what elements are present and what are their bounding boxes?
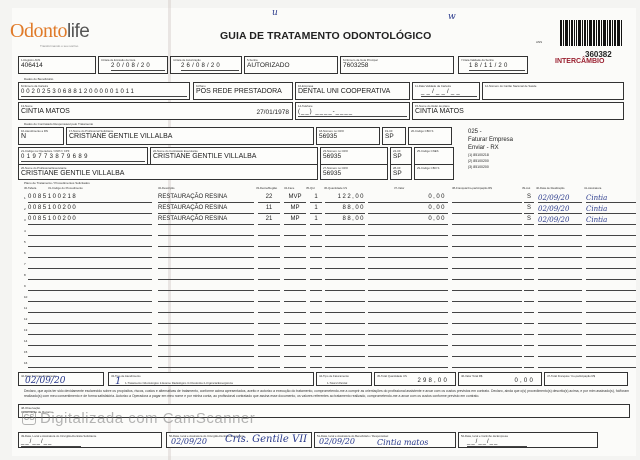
table-row-empty: 6 xyxy=(24,248,636,259)
codigo-operadora-field: 21-Código na Operadora / CNPJ / CPF01977… xyxy=(18,147,148,165)
table-row-empty: 5 xyxy=(24,237,636,248)
odontolife-logo: Odontolife xyxy=(10,20,89,43)
executante-signature: Cris. Gentile VII xyxy=(225,434,307,445)
table-header: 30-Tabela 31-Código do Procedimento 32-D… xyxy=(24,186,636,192)
data-emissao-field: 3-Data de Emissão da Guia20/08/20 xyxy=(98,56,168,74)
cro-profissional-field: 27-Número no CRO56935 xyxy=(320,164,388,180)
data-autorizacao-field: 4-Data de Autorização26/08/20 xyxy=(170,56,242,74)
procedures-table: 30-Tabela 31-Código do Procedimento 32-D… xyxy=(24,186,636,376)
table-row-empty: 16 xyxy=(24,358,636,369)
numero-carteira-field: 8-Número da Carteira00202530688120000010… xyxy=(18,82,190,100)
cbo-solicitante-field: 20-Código CBO S xyxy=(408,127,452,145)
telefone-field: 14-Telefone(__) ____-____ xyxy=(295,102,410,120)
table-row: 3 0085100200 RESTAURAÇÃO RESINA 21 MP 1 … xyxy=(24,215,636,226)
table-row-empty: 13 xyxy=(24,325,636,336)
carimbo-empresa-field: 52-Data, local e Carimbo da Empresa __/_… xyxy=(458,432,598,448)
table-row-empty: 14 xyxy=(24,336,636,347)
section-procedimentos: Plano de Tratamento / Procedimentos Soli… xyxy=(24,181,90,185)
table-row-empty: 9 xyxy=(24,281,636,292)
tipo-faturamento-field: 44-Tipo de Faturamento 1-Total 2-Parcial xyxy=(316,372,372,386)
contratado-executante-field: 22-Nome do Contratado ExecutanteCRISTIAN… xyxy=(150,147,318,165)
billing-mode: Faturar Empresa xyxy=(468,136,548,144)
ans-label: ANS xyxy=(536,40,542,44)
uf-executante-field: 24-UFSP xyxy=(390,147,412,165)
cnes-field: 25-Código CNES xyxy=(414,147,454,165)
document-title: GUIA DE TRATAMENTO ODONTOLÓGICO xyxy=(220,30,431,42)
assinatura-executante-field: 50-Data, local e Assinatura do Cirurgião… xyxy=(166,432,312,448)
declaration-text: Declaro, que após ter sido devidamente e… xyxy=(24,389,630,398)
cbo-profissional-field: 29-Código CBO S xyxy=(414,164,454,180)
barcode xyxy=(560,20,626,46)
registro-ans-field: 1-Registro ANS406414 xyxy=(18,56,96,74)
table-row-empty: 8 xyxy=(24,270,636,281)
total-franquia-field: 47-Total Franquia / Co-participação R$ xyxy=(544,372,628,386)
table-row-empty: 10 xyxy=(24,292,636,303)
empresa-field: 10-EmpresaDENTAL UNI COOPERATIVA xyxy=(295,82,410,100)
send-mode: Enviar - RX xyxy=(468,144,548,152)
table-row-empty: 15 xyxy=(24,347,636,358)
logo-tagline: Transformando o seu sorriso xyxy=(40,44,78,48)
uf-profissional-field: 28-UFSP xyxy=(390,164,412,180)
handwritten-mark: u xyxy=(272,8,278,18)
cartao-nacional-saude-field: 12-Número do Cartão Nacional de Saúde xyxy=(482,82,624,100)
section-beneficiario: Dados do Beneficiário xyxy=(24,77,53,81)
data-nascimento: 27/01/1978 xyxy=(256,109,289,117)
billing-info: 025 - Faturar Empresa Enviar - RX (1) 85… xyxy=(468,128,548,170)
titular-plano-field: 15-Nome do titular do planoCINTIA MATOS xyxy=(412,102,624,120)
data-termino-field: 42-Data Término Tratamento 02/09/20 xyxy=(18,372,104,386)
validade-senha-field: 7-Data Validade da Senha18/11/20 xyxy=(458,56,528,74)
exchange-label: INTERCÂMBIO xyxy=(555,58,604,65)
nome-field: 13-NomeCINTIA MATOS 27/01/1978 xyxy=(18,102,293,120)
assinatura-solicitante-field: 49-Data, Local e Assinatura do Cirurgião… xyxy=(18,432,162,448)
table-row: 2 0085100200 RESTAURAÇÃO RESINA 11 MP 1 … xyxy=(24,204,636,215)
uf-solicitante-field: 19-UFSP xyxy=(382,127,406,145)
profissional-solicitante-field: 17-Nome do Profissional SolicitanteCRIST… xyxy=(66,127,314,145)
guia-principal-field: 6-Número da Guia Principal7603258 xyxy=(340,56,454,74)
cro-solicitante-field: 18-Número no CRO56935 xyxy=(316,127,380,145)
plano-field: 9-PlanoPOS REDE PRESTADORA xyxy=(193,82,293,100)
table-row-empty: 12 xyxy=(24,314,636,325)
assinatura-beneficiario-field: 51-Data, local e Assinatura do Beneficiá… xyxy=(314,432,456,448)
total-quantidade-us-field: 45-Total Quantidade US 298,00 xyxy=(374,372,456,386)
handwritten-mark: w xyxy=(448,12,456,22)
table-row: 1 0085100218 RESTAURAÇÃO RESINA 22 MVP 1… xyxy=(24,193,636,204)
camscanner-icon: CS xyxy=(22,411,36,425)
table-row-empty: 11 xyxy=(24,303,636,314)
atendimento-rn-field: 16-Atendimento a RNN xyxy=(18,127,64,145)
table-row-empty: 7 xyxy=(24,259,636,270)
beneficiario-signature: Cintia matos xyxy=(377,438,428,447)
validade-carteira-field: 11-Data Validade da Carteira__/__/__ xyxy=(412,82,480,100)
cro-executante-field: 23-Número no CRO56935 xyxy=(320,147,388,165)
valor-total-field: 46-Valor Total R$ 0,00 xyxy=(458,372,542,386)
scanner-watermark: Digitalizada com CamScanner xyxy=(40,410,255,427)
profissional-executante-field: 26-Nome do Profissional ExecutanteCRISTI… xyxy=(18,164,318,180)
senha-field: 5-SenhaAUTORIZADO xyxy=(244,56,338,74)
tipo-atendimento-field: 43-Tipo de Atendimento 1 1-Tratamento Od… xyxy=(108,372,314,386)
billing-code: 025 - xyxy=(468,128,548,136)
table-row-empty: 4 xyxy=(24,226,636,237)
section-contratado: Dados do Contratado Responsável pelo Tra… xyxy=(24,122,93,126)
